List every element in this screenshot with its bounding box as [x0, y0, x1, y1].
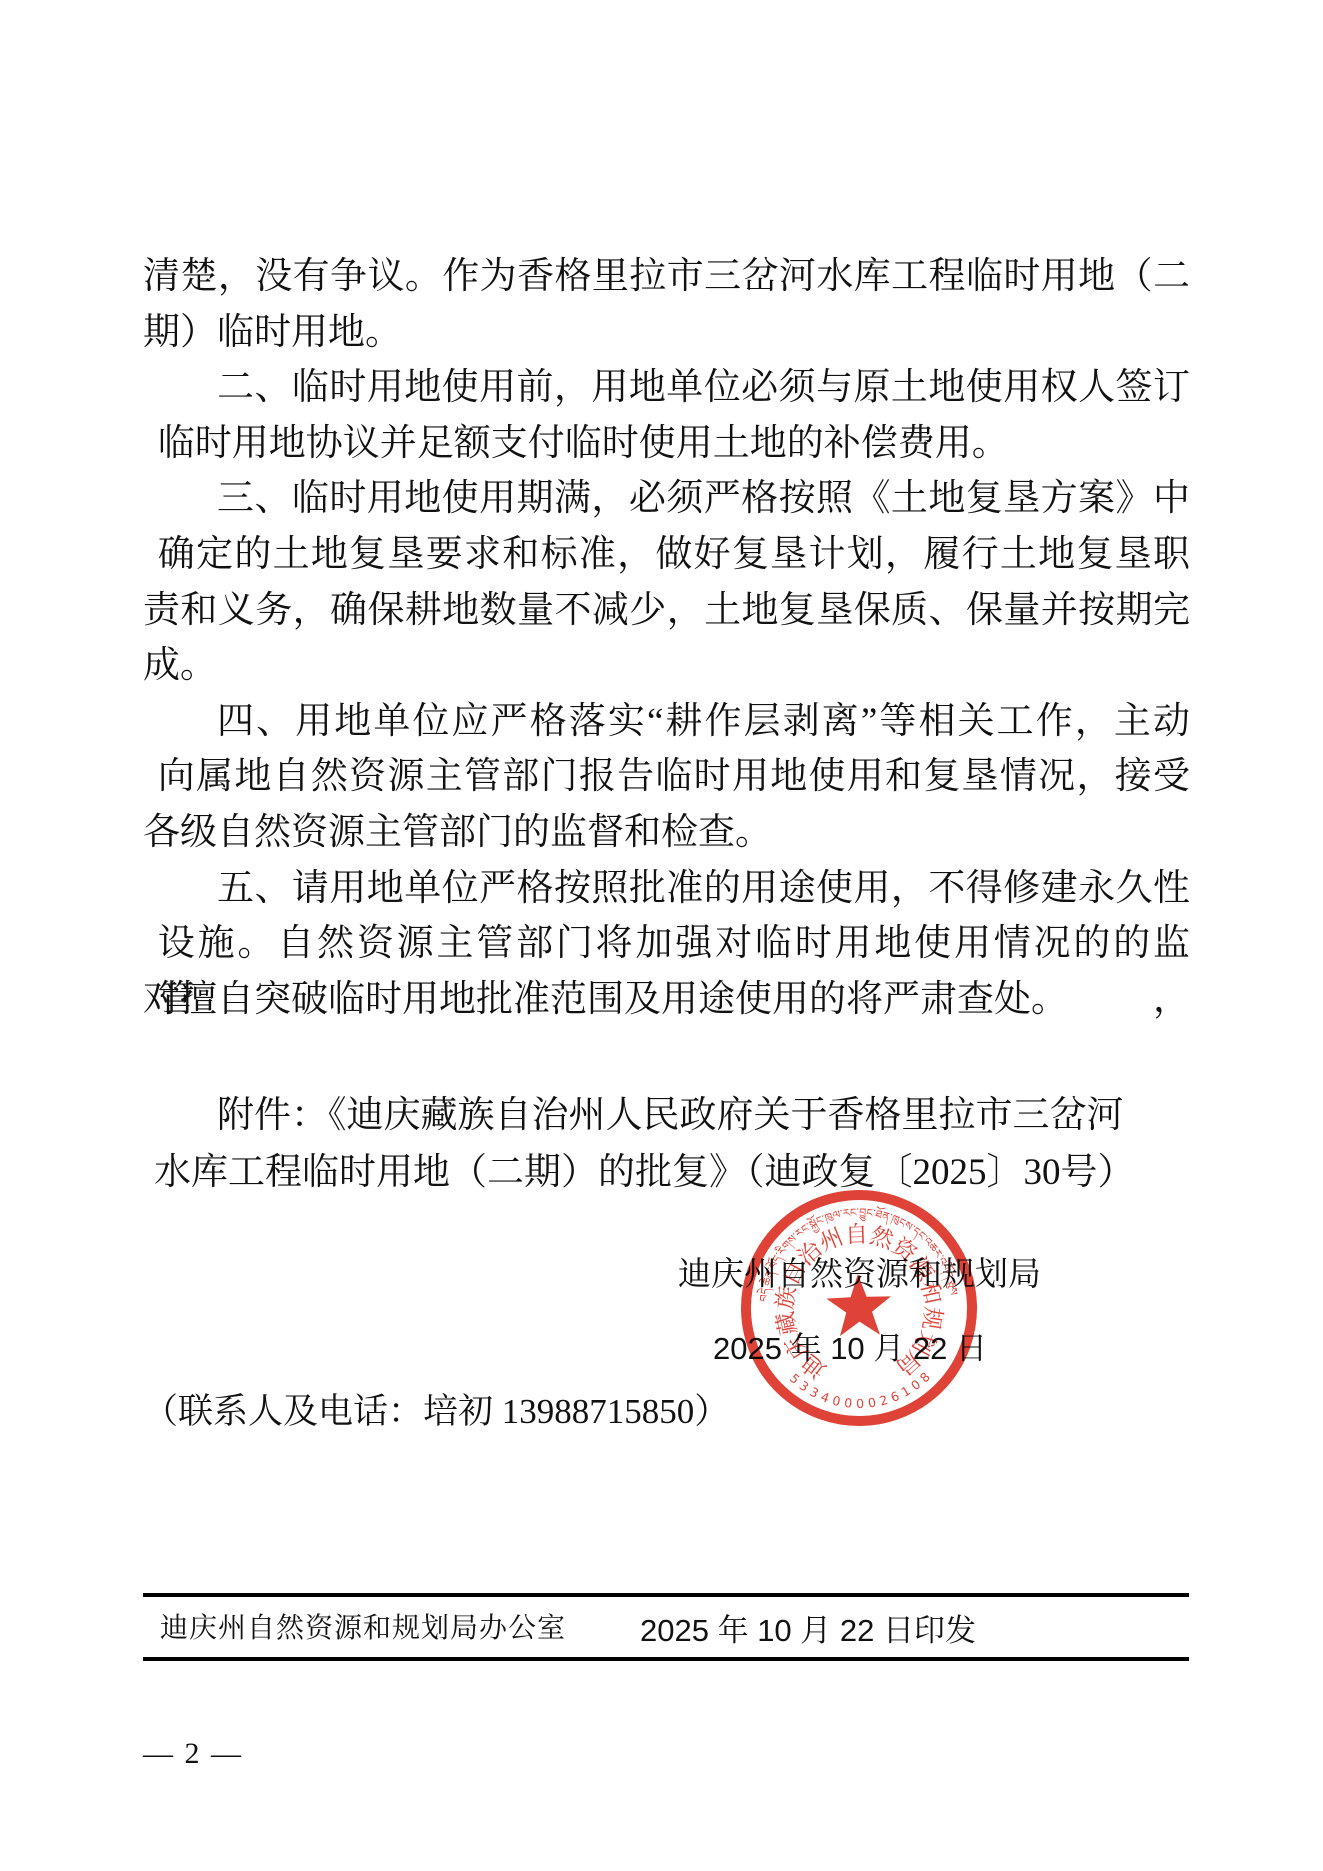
body-line: 成。	[143, 638, 1190, 694]
footer-print-date: 2025 年 10 月 22 日印发	[640, 1605, 976, 1650]
body-line: 确定的土地复垦要求和标准，做好复垦计划，履行土地复垦职	[143, 527, 1190, 583]
body-line: 责和义务，确保耕地数量不减少，土地复垦保质、保量并按期完	[143, 583, 1190, 639]
attachment-line: 水库工程临时用地（二期）的批复》（迪政复〔2025〕30号）	[143, 1144, 1203, 1201]
page-number: — 2 —	[143, 1737, 243, 1771]
seal-star-icon	[826, 1273, 893, 1337]
document-page: 清楚，没有争议。作为香格里拉市三岔河水库工程临时用地（二期）临时用地。二、临时用…	[0, 0, 1323, 1871]
body-line: 设施。自然资源主管部门将加强对临时用地使用情况的的监管，	[143, 916, 1190, 972]
footer-rule-top	[143, 1593, 1189, 1597]
official-seal-stamp: བདེ་ཆེན་བོད་རིགས་རང་སྐྱོང་ཁུལ་རང་བྱུང་ཐོ…	[729, 1178, 990, 1439]
footer-rule-bottom	[143, 1657, 1189, 1661]
body-line: 三、临时用地使用期满，必须严格按照《土地复垦方案》中	[143, 471, 1190, 527]
footer-office: 迪庆州自然资源和规划局办公室	[160, 1606, 566, 1646]
body-line: 期）临时用地。	[143, 305, 1190, 361]
body-line: 清楚，没有争议。作为香格里拉市三岔河水库工程临时用地（二	[143, 249, 1190, 305]
body-line: 五、请用地单位严格按照批准的用途使用，不得修建永久性	[143, 861, 1190, 917]
body-line: 二、临时用地使用前，用地单位必须与原土地使用权人签订	[143, 360, 1190, 416]
attachment-block: 附件：《迪庆藏族自治州人民政府关于香格里拉市三岔河 水库工程临时用地（二期）的批…	[143, 1087, 1203, 1201]
body-line: 对擅自突破临时用地批准范围及用途使用的将严肃查处。	[143, 972, 1190, 1028]
body-line: 四、用地单位应严格落实“耕作层剥离”等相关工作，主动	[143, 694, 1190, 750]
body-line: 各级自然资源主管部门的监督和检查。	[143, 805, 1190, 861]
body-line: 临时用地协议并足额支付临时使用土地的补偿费用。	[143, 416, 1190, 472]
attachment-line: 附件：《迪庆藏族自治州人民政府关于香格里拉市三岔河	[143, 1087, 1203, 1144]
contact-line: （联系人及电话：培初 13988715850）	[143, 1390, 729, 1434]
body-text: 清楚，没有争议。作为香格里拉市三岔河水库工程临时用地（二期）临时用地。二、临时用…	[143, 249, 1190, 1027]
body-line: 向属地自然资源主管部门报告临时用地使用和复垦情况，接受	[143, 749, 1190, 805]
